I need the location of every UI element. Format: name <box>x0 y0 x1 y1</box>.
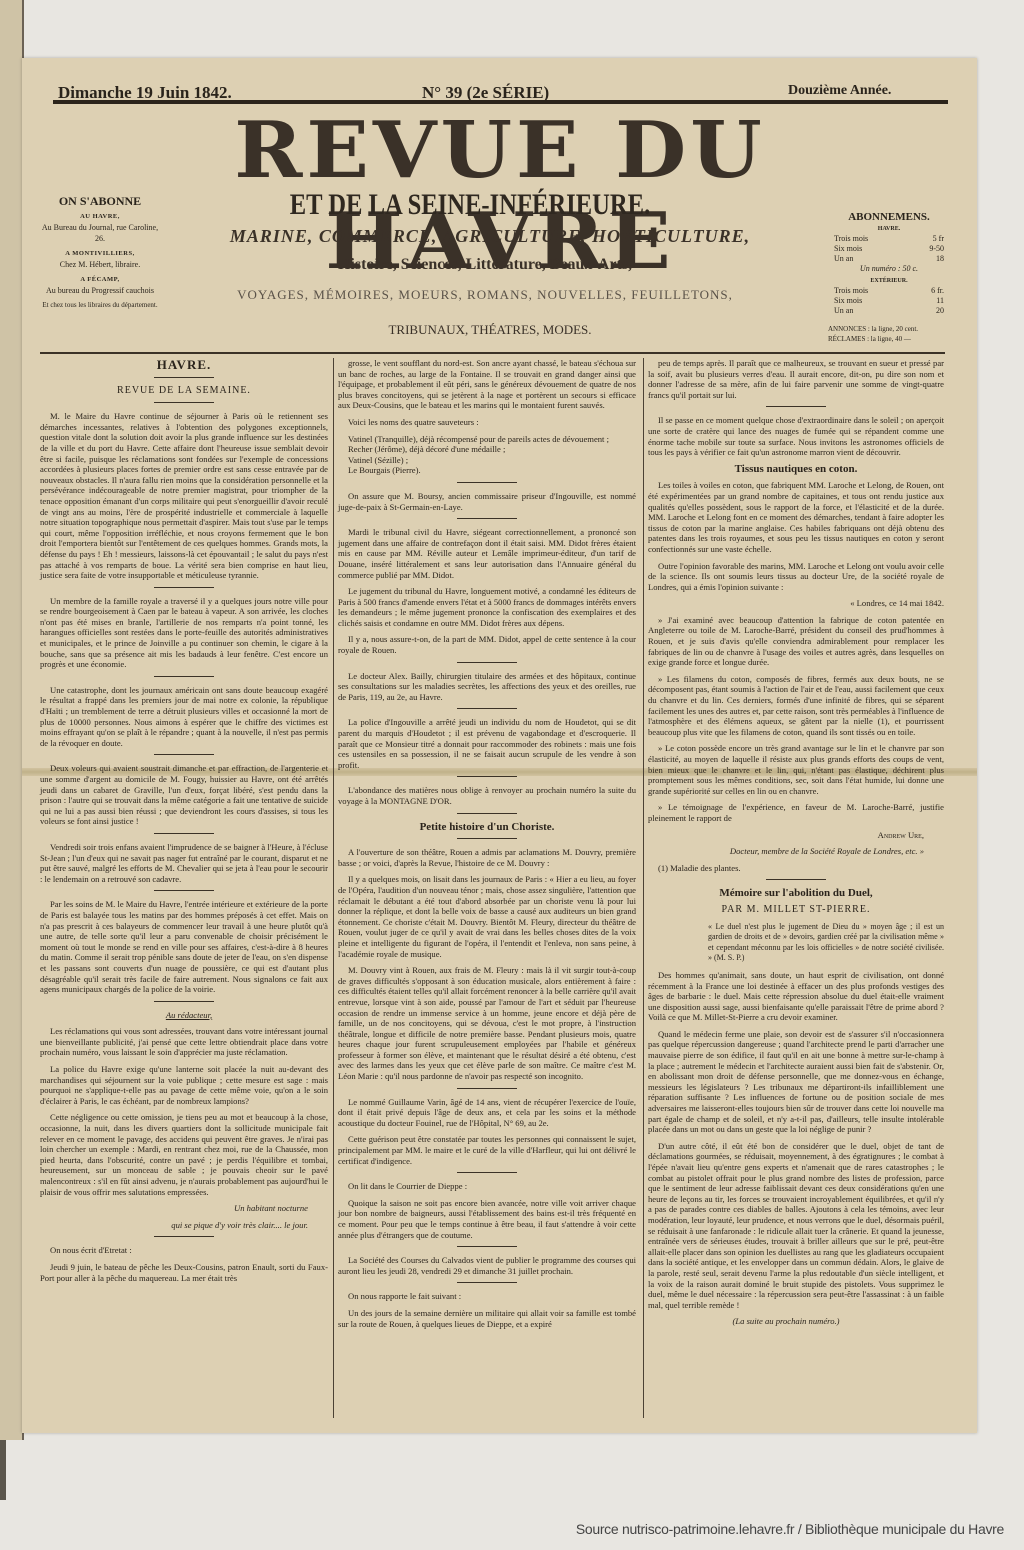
article-paragraph: D'un autre côté, il eût été bon de consi… <box>648 1141 944 1311</box>
column-1: HAVRE. REVUE DE LA SEMAINE. M. le Maire … <box>40 358 328 1289</box>
article-paragraph: A l'ouverture de son théâtre, Rouen a ad… <box>338 847 636 868</box>
article-paragraph: Vendredi soir trois enfans avaient l'imp… <box>40 842 328 884</box>
article-paragraph: La police du Havre exige qu'une lanterne… <box>40 1064 328 1106</box>
article-heading: Petite histoire d'un Choriste. <box>338 822 636 833</box>
article-paragraph: Un des jours de la semaine dernière un m… <box>338 1308 636 1329</box>
rescuer-name: Le Bourgais (Pierre). <box>338 465 636 476</box>
article-paragraph: » J'ai examiné avec beaucoup d'attention… <box>648 615 944 668</box>
letter-heading: Au rédacteur, <box>40 1010 328 1021</box>
rate-row: Trois mois6 fr. <box>828 286 950 296</box>
article-paragraph: M. Douvry vint à Rouen, aux frais de M. … <box>338 965 636 1082</box>
column-rule <box>333 358 334 1418</box>
rate-row: Un an20 <box>828 306 950 316</box>
article-paragraph: Outre l'opinion favorable des marins, MM… <box>648 561 944 593</box>
article-paragraph: peu de temps après. Il paraît que ce mal… <box>648 358 944 400</box>
article-paragraph: On nous écrit d'Etretat : <box>40 1245 328 1256</box>
article-paragraph: Le nommé Guillaume Varin, âgé de 14 ans,… <box>338 1097 636 1129</box>
article-paragraph: » Le coton possède encore un très grand … <box>648 743 944 796</box>
article-paragraph: Il se passe en ce moment quelque chose d… <box>648 415 944 457</box>
letter-date: « Londres, ce 14 mai 1842. <box>648 598 944 609</box>
article-paragraph: Un membre de la famille royale a travers… <box>40 596 328 670</box>
topics-line-2: Histoire, Sciences, Littérature, Beaux-A… <box>250 256 720 274</box>
article-paragraph: On nous rapporte le fait suivant : <box>338 1291 636 1302</box>
article-paragraph: Il y a quelques mois, on lisait dans les… <box>338 874 636 959</box>
single-issue-price: Un numéro : 50 c. <box>828 264 950 274</box>
column-2: grosse, le vent soufflant du nord-est. S… <box>338 358 636 1335</box>
article-paragraph: Une catastrophe, dont les journaux améri… <box>40 685 328 749</box>
epigraph-quote: « Le duel n'est plus le jugement de Dieu… <box>708 922 944 964</box>
masthead-subtitle: ET DE LA SEINE-INFÉRIEURE. <box>290 188 651 222</box>
article-paragraph: » Le témoignage de l'expérience, en fave… <box>648 802 944 823</box>
rates-ext-label: EXTÉRIEUR. <box>828 276 950 286</box>
binding-spine <box>0 0 24 1440</box>
letter-signature-2: qui se pique d'y voir très clair.... le … <box>40 1220 308 1231</box>
article-paragraph: grosse, le vent soufflant du nord-est. S… <box>338 358 636 411</box>
article-paragraph: Les toiles à voiles en coton, que fabriq… <box>648 480 944 554</box>
annonces-rate: ANNONCES : la ligne, 20 cent. <box>828 324 950 334</box>
rate-row: Trois mois5 fr <box>828 234 950 244</box>
article-paragraph: Des hommes qu'animait, sans doute, un ha… <box>648 970 944 1023</box>
havre-label: AU HAVRE, <box>40 211 160 222</box>
montivilliers-address: Chez M. Hébert, libraire. <box>40 259 160 270</box>
all-libraries: Et chez tous les libraires du départemen… <box>40 300 160 311</box>
article-paragraph: Mardi le tribunal civil du Havre, siégea… <box>338 527 636 580</box>
rescuer-name: Vatinel (Sézille) ; <box>338 455 636 466</box>
topics-line-3: VOYAGES, MÉMOIRES, MOEURS, ROMANS, NOUVE… <box>190 287 780 303</box>
topics-line-4: TRIBUNAUX, THÉATRES, MODES. <box>300 322 680 338</box>
rate-row: Un an18 <box>828 254 950 264</box>
article-paragraph: Cette négligence ou cette omission, je t… <box>40 1112 328 1197</box>
section-subheading: REVUE DE LA SEMAINE. <box>40 386 328 397</box>
rescuer-name: Recher (Jérôme), déjà décoré d'une médai… <box>338 444 636 455</box>
subscription-rates: ABONNEMENS. HAVRE. Trois mois5 fr Six mo… <box>828 212 950 344</box>
section-heading: HAVRE. <box>40 360 328 371</box>
column-rule <box>643 358 644 1418</box>
rates-havre-label: HAVRE. <box>828 224 950 234</box>
letter-signature: Un habitant nocturne <box>40 1203 308 1214</box>
article-heading: Mémoire sur l'abolition du Duel, <box>648 888 944 899</box>
article-heading: Tissus nautiques en coton. <box>648 464 944 475</box>
rate-row: Six mois9-50 <box>828 244 950 254</box>
letter-signature-title: Docteur, membre de la Société Royale de … <box>648 846 924 857</box>
header-rule <box>53 100 948 104</box>
rates-title: ABONNEMENS. <box>828 212 950 222</box>
subscription-info: ON S'ABONNE AU HAVRE, Au Bureau du Journ… <box>40 196 160 311</box>
article-paragraph: Voici les noms des quatre sauveteurs : <box>338 417 636 428</box>
article-paragraph: Quoique la saison ne soit pas encore bie… <box>338 1198 636 1240</box>
article-paragraph: » Les filamens du coton, composés de fib… <box>648 674 944 738</box>
fecamp-label: A FÉCAMP, <box>40 274 160 285</box>
article-paragraph: Le docteur Alex. Bailly, chirurgien titu… <box>338 671 636 703</box>
article-paragraph: Deux voleurs qui avaient soustrait diman… <box>40 763 328 827</box>
article-paragraph: Les réclamations qui vous sont adressées… <box>40 1026 328 1058</box>
article-paragraph: L'abondance des matières nous oblige à r… <box>338 785 636 806</box>
rate-row: Six mois11 <box>828 296 950 306</box>
article-paragraph: On assure que M. Boursy, ancien commissa… <box>338 491 636 512</box>
article-paragraph: Cette guérison peut être constatée par t… <box>338 1134 636 1166</box>
rescuer-name: Vatinel (Tranquille), déjà récompensé po… <box>338 434 636 445</box>
publication-year: Douzième Année. <box>788 83 891 99</box>
letter-signature: Andrew Ure, <box>648 830 924 841</box>
article-paragraph: La Société des Courses du Calvados vient… <box>338 1255 636 1276</box>
article-paragraph: M. le Maire du Havre continue de séjourn… <box>40 411 328 581</box>
article-paragraph: Le jugement du tribunal du Havre, longue… <box>338 586 636 628</box>
havre-address: Au Bureau du Journal, rue Caroline, 26. <box>40 222 160 244</box>
fecamp-address: Au bureau du Progressif cauchois <box>40 285 160 296</box>
binding-edge <box>0 1440 6 1500</box>
article-paragraph: Quand le médecin ferme une plaie, son de… <box>648 1029 944 1135</box>
article-paragraph: Par les soins de M. le Maire du Havre, l… <box>40 899 328 994</box>
article-paragraph: On lit dans le Courrier de Dieppe : <box>338 1181 636 1192</box>
article-paragraph: Il y a, nous assure-t-on, de la part de … <box>338 634 636 655</box>
footnote: (1) Maladie des plantes. <box>648 863 944 874</box>
article-byline: PAR M. MILLET ST-PIERRE. <box>648 905 944 916</box>
topics-line-1: MARINE, COMMERCE, AGRICULTURE, HORTICULT… <box>160 226 820 247</box>
column-3: peu de temps après. Il paraît que ce mal… <box>648 358 944 1333</box>
reclames-rate: RÉCLAMES : la ligne, 40 — <box>828 334 950 344</box>
section-rule <box>40 352 945 354</box>
continued-note: (La suite au prochain numéro.) <box>648 1316 924 1327</box>
source-credit: Source nutrisco-patrimoine.lehavre.fr / … <box>576 1521 1004 1537</box>
montivilliers-label: A MONTIVILLIERS, <box>40 248 160 259</box>
article-paragraph: Jeudi 9 juin, le bateau de pêche les Deu… <box>40 1262 328 1283</box>
subscribe-title: ON S'ABONNE <box>40 196 160 207</box>
article-paragraph: La police d'Ingouville a arrêté jeudi un… <box>338 717 636 770</box>
